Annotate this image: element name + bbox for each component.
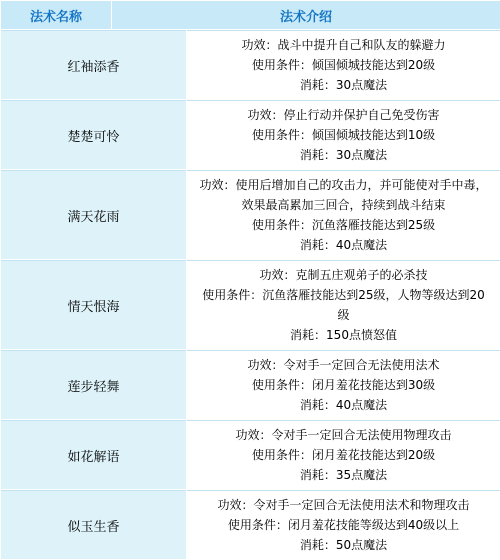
spell-effect: 功效：令对手一定回合无法使用物理攻击 — [197, 425, 490, 445]
table-body: 红袖添香 功效：战斗中提升自己和队友的躲避力 使用条件：倾国倾城技能达到20级 … — [1, 30, 500, 559]
spell-intro: 功效：使用后增加自己的攻击力，并可能使对手中毒，效果最高累加三回合，持续到战斗结… — [187, 170, 500, 259]
spell-intro: 功效：克制五庄观弟子的必杀技 使用条件：沉鱼落雁技能达到25级，人物等级达到20… — [187, 260, 500, 349]
spell-name: 情天恨海 — [1, 260, 186, 349]
spell-condition: 使用条件：闭月羞花技能达到30级 — [197, 375, 490, 395]
spell-cost: 消耗：30点魔法 — [197, 75, 490, 95]
spell-cost: 消耗：40点魔法 — [197, 395, 490, 415]
spell-condition: 使用条件：倾国倾城技能达到20级 — [197, 55, 490, 75]
header-row: 法术名称 法术介绍 — [1, 1, 500, 29]
spell-effect: 功效：令对手一定回合无法使用法术和物理攻击 — [197, 495, 490, 515]
spell-condition: 使用条件：闭月羞花技能达到20级 — [197, 445, 490, 465]
spell-condition: 使用条件：沉鱼落雁技能达到25级，人物等级达到20级 — [197, 285, 490, 325]
header-spell-name: 法术名称 — [1, 1, 111, 29]
spell-intro: 功效：令对手一定回合无法使用法术 使用条件：闭月羞花技能达到30级 消耗：40点… — [187, 350, 500, 419]
spell-intro: 功效：战斗中提升自己和队友的躲避力 使用条件：倾国倾城技能达到20级 消耗：30… — [187, 30, 500, 99]
spell-effect: 功效：战斗中提升自己和队友的躲避力 — [197, 35, 490, 55]
table-row: 情天恨海 功效：克制五庄观弟子的必杀技 使用条件：沉鱼落雁技能达到25级，人物等… — [1, 260, 500, 349]
spell-condition: 使用条件：倾国倾城技能达到10级 — [197, 125, 490, 145]
header-spell-intro: 法术介绍 — [112, 1, 500, 29]
table-header: 法术名称 法术介绍 — [1, 1, 500, 29]
spell-name: 楚楚可怜 — [1, 100, 186, 169]
spell-intro: 功效：令对手一定回合无法使用物理攻击 使用条件：闭月羞花技能达到20级 消耗：3… — [187, 420, 500, 489]
spell-condition: 使用条件：沉鱼落雁技能达到25级 — [197, 215, 490, 235]
spell-table: 法术名称 法术介绍 红袖添香 功效：战斗中提升自己和队友的躲避力 使用条件：倾国… — [0, 0, 500, 560]
table-row: 如花解语 功效：令对手一定回合无法使用物理攻击 使用条件：闭月羞花技能达到20级… — [1, 420, 500, 489]
spell-cost: 消耗：40点魔法 — [197, 235, 490, 255]
spell-effect: 功效：使用后增加自己的攻击力，并可能使对手中毒，效果最高累加三回合，持续到战斗结… — [197, 175, 490, 215]
table-row: 似玉生香 功效：令对手一定回合无法使用法术和物理攻击 使用条件：闭月羞花技能等级… — [1, 490, 500, 559]
spell-cost: 消耗：50点魔法 — [197, 535, 490, 555]
spell-intro: 功效：令对手一定回合无法使用法术和物理攻击 使用条件：闭月羞花技能等级达到40级… — [187, 490, 500, 559]
spell-name: 红袖添香 — [1, 30, 186, 99]
spell-effect: 功效：令对手一定回合无法使用法术 — [197, 355, 490, 375]
spell-intro: 功效：停止行动并保护自己免受伤害 使用条件：倾国倾城技能达到10级 消耗：30点… — [187, 100, 500, 169]
table-row: 莲步轻舞 功效：令对手一定回合无法使用法术 使用条件：闭月羞花技能达到30级 消… — [1, 350, 500, 419]
table-row: 楚楚可怜 功效：停止行动并保护自己免受伤害 使用条件：倾国倾城技能达到10级 消… — [1, 100, 500, 169]
spell-name: 似玉生香 — [1, 490, 186, 559]
spell-effect: 功效：克制五庄观弟子的必杀技 — [197, 265, 490, 285]
spell-condition: 使用条件：闭月羞花技能等级达到40级以上 — [197, 515, 490, 535]
spell-name: 满天花雨 — [1, 170, 186, 259]
spell-name: 如花解语 — [1, 420, 186, 489]
spell-cost: 消耗：30点魔法 — [197, 145, 490, 165]
spell-name: 莲步轻舞 — [1, 350, 186, 419]
table-row: 满天花雨 功效：使用后增加自己的攻击力，并可能使对手中毒，效果最高累加三回合，持… — [1, 170, 500, 259]
spell-cost: 消耗：150点愤怒值 — [197, 325, 490, 345]
table-row: 红袖添香 功效：战斗中提升自己和队友的躲避力 使用条件：倾国倾城技能达到20级 … — [1, 30, 500, 99]
spell-cost: 消耗：35点魔法 — [197, 465, 490, 485]
spell-effect: 功效：停止行动并保护自己免受伤害 — [197, 105, 490, 125]
